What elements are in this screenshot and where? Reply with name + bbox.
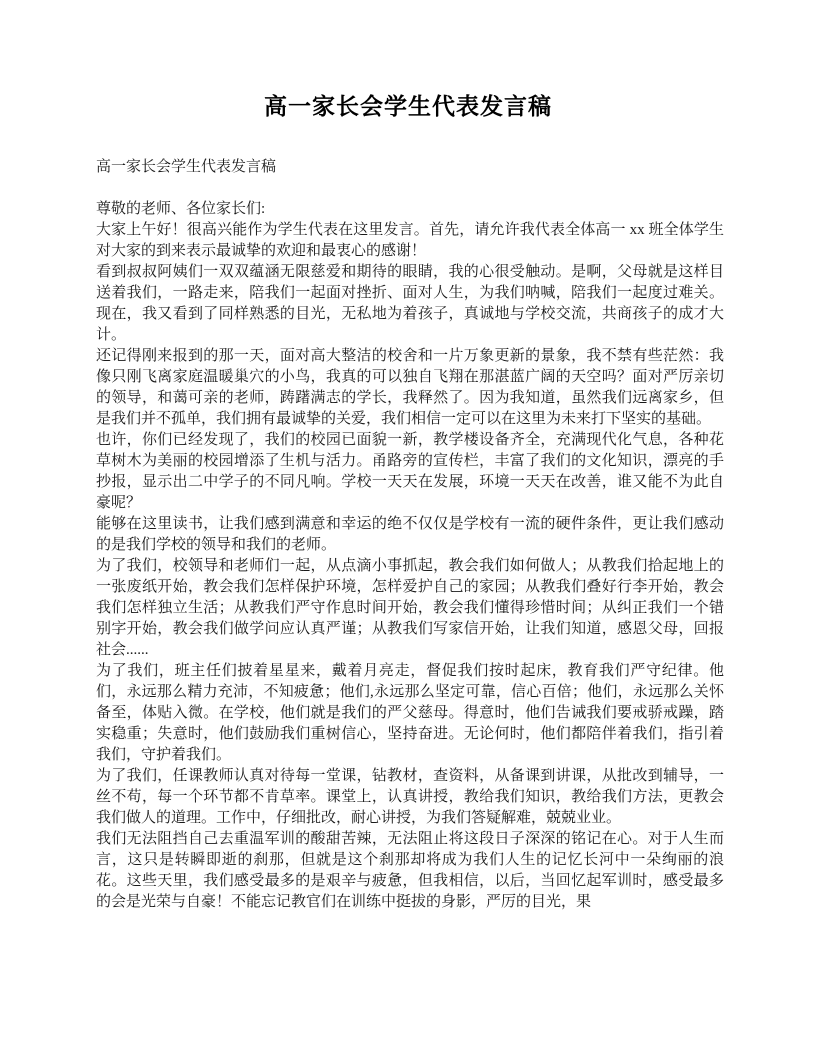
paragraph-school-leaders: 为了我们，校领导和老师们一起，从点滴小事抓起，教会我们如何做人；从教我们拾起地上… (96, 556, 724, 661)
salutation-line: 尊敬的老师、各位家长们: (96, 199, 724, 220)
paragraph-campus: 也许，你们已经发现了，我们的校园已面貌一新，教学楼设备齐全，充满现代化气息，各种… (96, 430, 724, 514)
document-page: 高一家长会学生代表发言稿 高一家长会学生代表发言稿 尊敬的老师、各位家长们: 大… (0, 0, 816, 1056)
paragraph-first-day: 还记得刚来报到的那一天，面对高大整洁的校舍和一片万象更新的景象，我不禁有些茫然：… (96, 346, 724, 430)
document-body: 高一家长会学生代表发言稿 尊敬的老师、各位家长们: 大家上午好！很高兴能作为学生… (96, 157, 724, 913)
paragraph-subject-teachers: 为了我们，任课教师认真对待每一堂课，钻教材，查资料，从备课到讲课，从批改到辅导，… (96, 766, 724, 829)
paragraph-parents-eyes: 看到叔叔阿姨们一双双蕴涵无限慈爱和期待的眼睛，我的心很受触动。是啊，父母就是这样… (96, 262, 724, 346)
document-title: 高一家长会学生代表发言稿 (0, 0, 816, 122)
paragraph-military-training: 我们无法阻挡自己去重温军训的酸甜苦辣，无法阻止将这段日子深深的铭记在心。对于人生… (96, 829, 724, 913)
document-subtitle: 高一家长会学生代表发言稿 (96, 157, 724, 178)
paragraph-hardware: 能够在这里读书，让我们感到满意和幸运的绝不仅仅是学校有一流的硬件条件，更让我们感… (96, 514, 724, 556)
paragraph-greeting: 大家上午好！很高兴能作为学生代表在这里发言。首先，请允许我代表全体高一 xx 班… (96, 220, 724, 262)
paragraph-head-teachers: 为了我们，班主任们披着星星来，戴着月亮走，督促我们按时起床，教育我们严守纪律。他… (96, 661, 724, 766)
